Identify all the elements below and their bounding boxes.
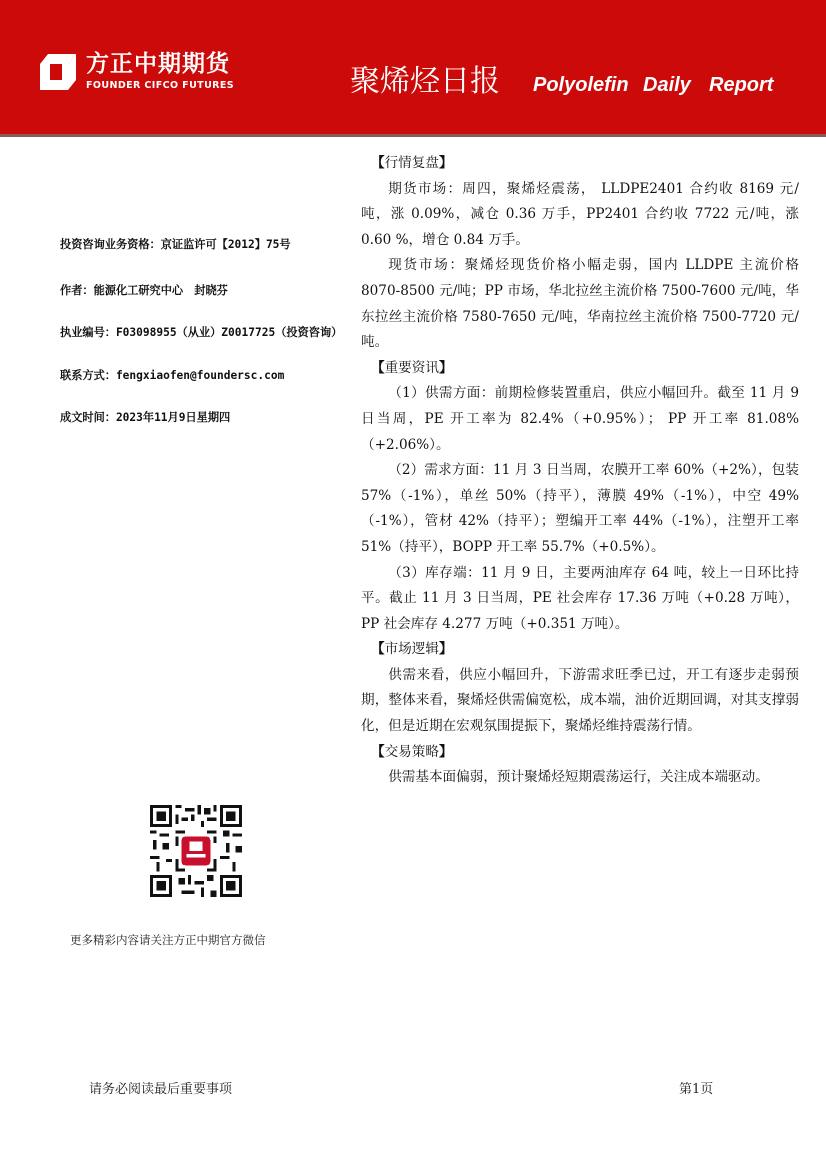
paragraph-inventory: （3）库存端：11 月 9 日，主要两油库存 64 吨，较上一日环比持平。截止 … [361, 561, 799, 638]
contact-line: 联系方式：fengxiaofen@foundersc.com [60, 369, 284, 383]
qualification-line: 投资咨询业务资格：京证监许可【2012】75号 [60, 238, 291, 252]
author-line: 作者：能源化工研究中心 封晓芬 [60, 284, 228, 298]
paragraph-spot-market: 现货市场：聚烯烃现货价格小幅走弱，国内 LLDPE 主流价格 8070-8500… [361, 253, 799, 355]
paragraph-futures-market: 期货市场：周四，聚烯烃震荡， LLDPE2401 合约收 8169 元/吨，涨 … [361, 177, 799, 254]
qr-caption: 更多精彩内容请关注方正中期官方微信 [70, 932, 266, 948]
wechat-qr-code-icon[interactable] [150, 805, 242, 897]
paragraph-strategy: 供需基本面偏弱，预计聚烯烃短期震荡运行，关注成本端驱动。 [361, 765, 799, 791]
footer-disclaimer-notice: 请务必阅读最后重要事项 [89, 1081, 232, 1099]
section-heading-market-logic: 【市场逻辑】 [361, 637, 799, 663]
founder-logo-icon [38, 52, 78, 92]
report-title-en-daily: Daily [643, 73, 691, 97]
license-line: 执业编号：F03098955（从业）Z0017725（投资咨询） [60, 326, 342, 340]
section-heading-market-review: 【行情复盘】 [361, 151, 799, 177]
brand-name-cn: 方正中期期货 [86, 50, 230, 78]
brand-name-en: FOUNDER CIFCO FUTURES [86, 80, 234, 92]
paragraph-supply: （1）供需方面：前期检修装置重启，供应小幅回升。截至 11 月 9 日当周，PE… [361, 381, 799, 458]
report-title-en-polyolefin: Polyolefin [533, 73, 629, 97]
brand-logo: 方正中期期货 FOUNDER CIFCO FUTURES [38, 50, 248, 94]
paragraph-logic: 供需来看，供应小幅回升，下游需求旺季已过，开工有逐步走弱预期，整体来看，聚烯烃供… [361, 663, 799, 740]
date-line: 成文时间：2023年11月9日星期四 [60, 411, 230, 425]
paragraph-demand: （2）需求方面：11 月 3 日当周，农膜开工率 60%（+2%），包装 57%… [361, 458, 799, 560]
report-title-cn: 聚烯烃日报 [350, 62, 500, 102]
report-header: 方正中期期货 FOUNDER CIFCO FUTURES 聚烯烃日报 Polyo… [0, 0, 826, 137]
section-heading-key-news: 【重要资讯】 [361, 356, 799, 382]
report-title-en-report: Report [709, 73, 773, 97]
report-body: 【行情复盘】 期货市场：周四，聚烯烃震荡， LLDPE2401 合约收 8169… [361, 151, 799, 791]
page-number: 第1页 [679, 1081, 713, 1099]
section-heading-trading-strategy: 【交易策略】 [361, 740, 799, 766]
